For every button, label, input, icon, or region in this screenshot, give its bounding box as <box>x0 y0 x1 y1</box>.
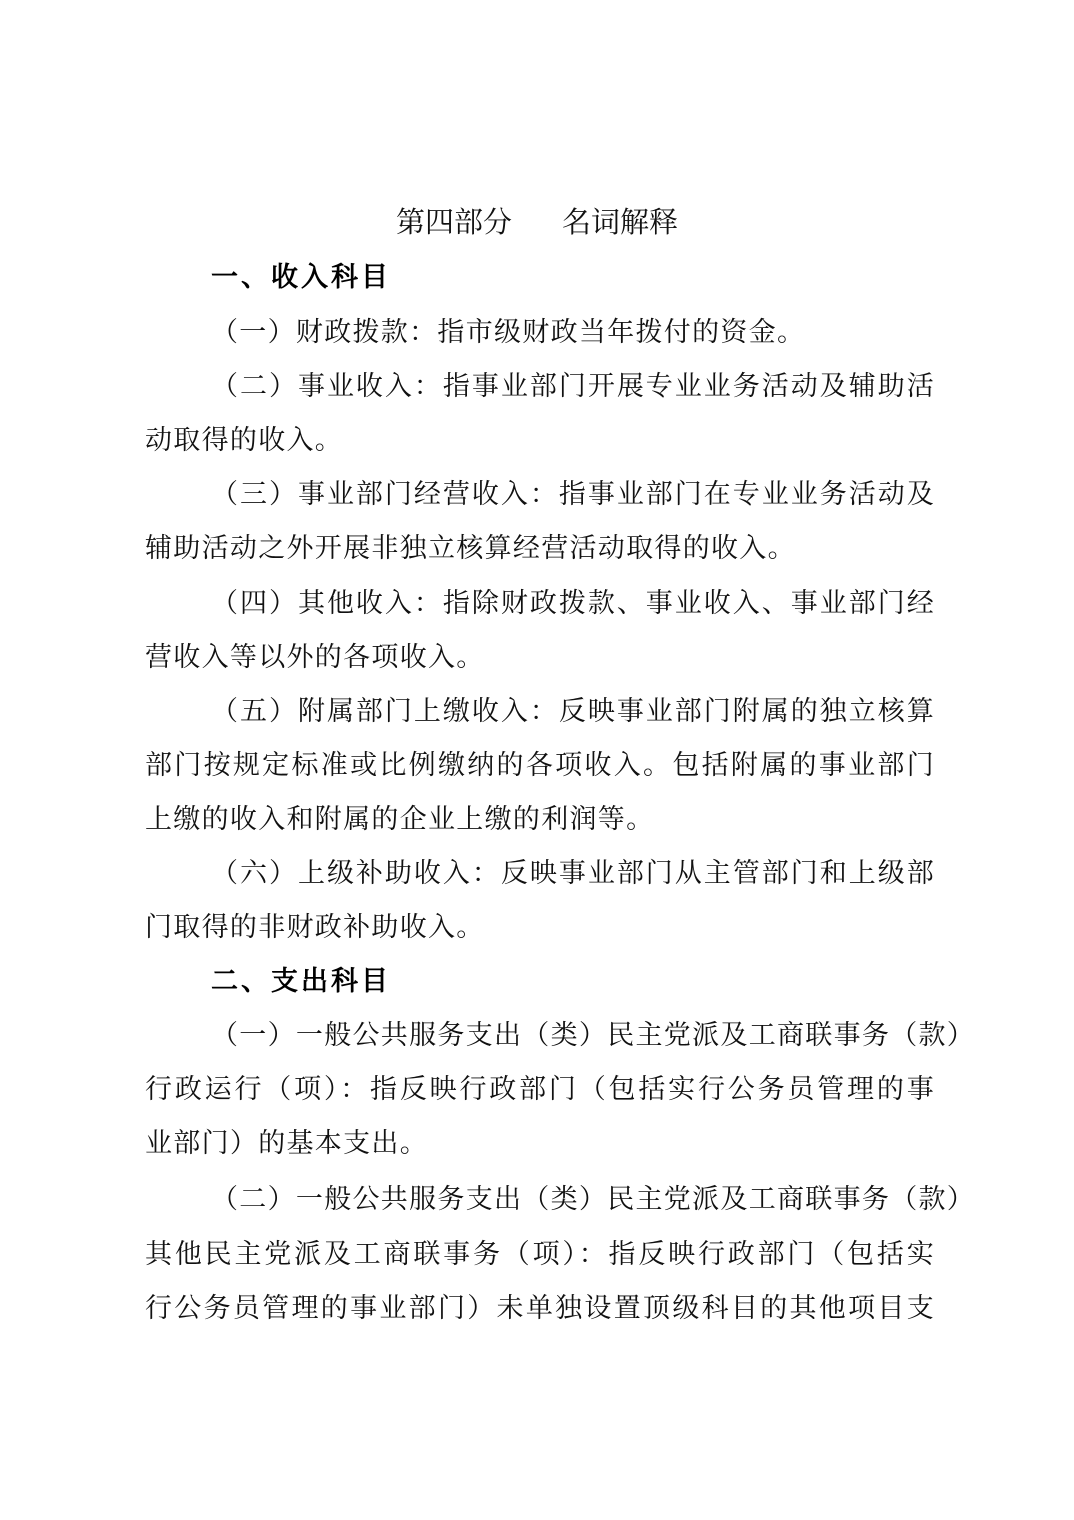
income-item-2-line-2: 动取得的收入。 <box>145 421 945 461</box>
income-item-6-line-1: （六）上级补助收入：反映事业部门从主管部门和上级部 <box>211 854 935 894</box>
expenditure-item-1-line-2: 行政运行（项）：指反映行政部门（包括实行公务员管理的事 <box>145 1070 935 1110</box>
income-item-5-line-1: （五）附属部门上缴收入：反映事业部门附属的独立核算 <box>211 692 935 732</box>
income-item-3-line-1: （三）事业部门经营收入：指事业部门在专业业务活动及 <box>211 475 935 515</box>
part-number: 第四部分 <box>396 205 512 239</box>
page-title: 第四部分名词解释 <box>0 200 1074 244</box>
expenditure-item-2-line-3: 行公务员管理的事业部门）未单独设置顶级科目的其他项目支 <box>145 1289 935 1329</box>
income-item-6-line-2: 门取得的非财政补助收入。 <box>145 908 945 948</box>
document-page: 第四部分名词解释 一、收入科目 （一）财政拨款：指市级财政当年拨付的资金。 （二… <box>0 0 1074 1520</box>
expenditure-item-1-line-1: （一）一般公共服务支出（类）民主党派及工商联事务（款） <box>211 1016 935 1056</box>
part-name: 名词解释 <box>562 205 678 239</box>
income-item-4-line-2: 营收入等以外的各项收入。 <box>145 638 945 678</box>
income-item-5-line-2: 部门按规定标准或比例缴纳的各项收入。包括附属的事业部门 <box>145 746 935 786</box>
section-heading-expenditure: 二、支出科目 <box>211 962 391 1002</box>
section-heading-income: 一、收入科目 <box>211 258 391 298</box>
expenditure-item-1-line-3: 业部门）的基本支出。 <box>145 1124 945 1164</box>
expenditure-item-2-line-1: （二）一般公共服务支出（类）民主党派及工商联事务（款） <box>211 1180 935 1220</box>
income-item-2-line-1: （二）事业收入：指事业部门开展专业业务活动及辅助活 <box>211 367 935 407</box>
income-item-1-line-1: （一）财政拨款：指市级财政当年拨付的资金。 <box>211 313 1011 353</box>
income-item-4-line-1: （四）其他收入：指除财政拨款、事业收入、事业部门经 <box>211 584 935 624</box>
income-item-3-line-2: 辅助活动之外开展非独立核算经营活动取得的收入。 <box>145 529 945 569</box>
income-item-5-line-3: 上缴的收入和附属的企业上缴的利润等。 <box>145 800 945 840</box>
expenditure-item-2-line-2: 其他民主党派及工商联事务（项）：指反映行政部门（包括实 <box>145 1235 935 1275</box>
